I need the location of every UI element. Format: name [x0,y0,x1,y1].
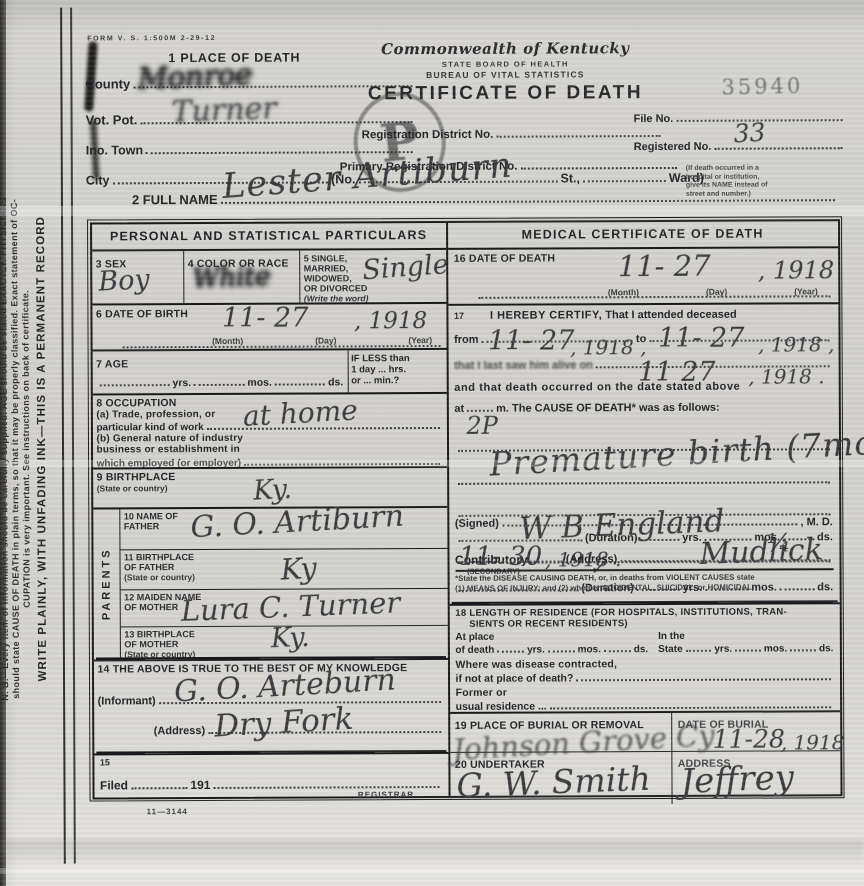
dotted-line [497,642,524,653]
ds-label: ds. [634,644,649,655]
in-state-units: State yrs. mos. ds. [658,641,833,655]
attended-from-year: , 1918 , [570,335,646,359]
burial-section: 19 PLACE OF BURIAL OR REMOVAL Johnson Gr… [450,710,840,752]
sex-entry: Boy [97,263,150,297]
county-label: County [85,76,130,91]
in-the-line: In the [658,630,833,642]
dotted-line [213,775,439,788]
race-entry: White [191,261,270,294]
age-units-line: yrs. mos. ds. [96,374,343,389]
dotted-line [576,669,830,681]
signed-address-row: (Address) [455,550,833,566]
file-no-label: File No. [634,113,674,125]
voting-precinct-label: Vot. Pot. [86,112,138,127]
dotted-line [496,125,660,137]
day-sublabel: (Day) [315,335,336,345]
filed-section: 15 Filed 191 REGISTRAR [94,751,448,806]
certificate-page: N. B.—Every item of information should b… [0,0,864,886]
informant-address-entry: Dry Fork [213,700,354,744]
personal-section-title: PERSONAL AND STATISTICAL PARTICULARS [92,222,446,251]
yrs-label: yrs. [172,377,191,389]
place-of-burial-cell: 19 PLACE OF BURIAL OR REMOVAL Johnson Gr… [450,712,673,751]
if-less-line: IF LESS than [351,352,443,363]
informant-section: 14 THE ABOVE IS TRUE TO THE BEST OF MY K… [93,657,447,753]
filed-section-number: 15 [100,755,442,766]
signed-print-lines: (Signed) , M. D. (Address) *State the DI… [455,514,833,593]
filed-label: Filed [100,778,128,792]
birthplace-entry: Ky. [252,473,292,506]
dotted-line [735,641,761,652]
margin-instructions: N. B.—Every item of information should b… [0,29,59,869]
parents-label-text: PARENTS [100,548,112,621]
death-hour-entry: 2P [466,411,498,439]
form-box-inner: PERSONAL AND STATISTICAL PARTICULARS 3 S… [90,219,843,799]
at-label: at [454,402,464,414]
bureau-line: BUREAU OF VITAL STATISTICS [355,69,655,80]
md-label: , M. D. [800,516,832,528]
yrs-label: yrs. [714,644,732,655]
residence-duration-row: At place of death yrs. mos. ds. In the [455,630,833,656]
attended-from-entry: 11- 27 [488,325,575,356]
undertaker-address-cell: ADDRESS Jeffrey [673,751,840,804]
disease-contracted-line2: if not at place of death? [455,669,833,685]
mos-label: mos. [764,643,787,654]
age-main-cell: 7 AGE yrs. mos. ds. [92,350,347,393]
mos-label: mos. [247,376,272,388]
state-board-line: STATE BOARD OF HEALTH [355,59,655,69]
certify-line: 17 I HEREBY CERTIFY, That I attended dec… [454,308,832,322]
at-place-block: At place of death yrs. mos. ds. [455,631,648,656]
certify-bold-text: I HEREBY CERTIFY, [490,309,602,321]
dotted-line [604,642,631,653]
death-certificate-scan: N. B.—Every item of information should b… [0,0,864,886]
race-cell: 4 COLOR OR RACE White [184,250,300,303]
sex-cell: 3 SEX Boy [92,251,184,303]
yrs-label: yrs. [527,645,545,656]
dotted-line [502,514,798,527]
registration-district-label: Registration District No. [362,128,494,141]
form-code-print: 11—3144 [147,807,188,816]
dotted-line [550,697,831,709]
sex-race-marital-row: 3 SEX Boy 4 COLOR OR RACE White 5 SINGLE… [92,249,446,303]
father-birthplace-row: 11 BIRTHPLACE OF FATHER (State or countr… [120,547,447,588]
signed-address-label: (Address) [566,553,617,565]
medical-section-title: MEDICAL CERTIFICATE OF DEATH [448,221,838,250]
from-label: from [454,334,479,346]
occupation-section: 8 OCCUPATION (a) Trade, profession, or p… [92,391,446,467]
cause-of-death-rest: was as follows: [639,401,720,413]
city-label: City [86,173,110,187]
if-less-cell: IF LESS than 1 day ... hrs. or ... min.? [347,349,446,391]
residence-title-line: 18 LENGTH OF RESIDENCE (FOR HOSPITALS, I… [455,606,833,619]
dotted-line [244,454,440,465]
certify-rest-text: That I attended deceased [605,308,736,321]
if-less-line: or ... min.? [351,374,443,385]
dod-year-entry: , 1918 [758,256,834,284]
former-residence-line2: usual residence ... [456,697,834,713]
personal-particulars-column: PERSONAL AND STATISTICAL PARTICULARS 3 S… [92,222,450,797]
dod-entry: 11- 27 [618,248,711,282]
footnote-line: (1) MEANS OF INJURY; and (2) whether ACC… [455,582,833,593]
usual-residence-label: usual residence ... [456,700,547,712]
father-name-row: 10 NAME OF FATHER G. O. Artiburn [120,507,447,548]
registered-no-entry: 33 [733,118,766,149]
year-sublabel: (Year) [408,334,432,344]
dotted-line [131,777,187,789]
m-label: m. [496,402,509,414]
commonwealth-title: Commonwealth of Kentucky [355,39,655,58]
residence-section: 18 LENGTH OF RESIDENCE (FOR HOSPITALS, I… [449,602,839,712]
marital-entry: Single [361,248,449,285]
cause-of-death-bold: The CAUSE OF DEATH* [512,402,636,415]
dob-label: 6 DATE OF BIRTH [96,308,188,320]
dotted-line [458,551,563,563]
margin-headline: WRITE PLAINLY, WITH UNFADING INK—THIS IS… [34,29,50,869]
if-less-line: 1 day ... hrs. [351,363,443,374]
year-sublabel: (Year) [794,286,818,296]
informant-address-label: (Address) [154,725,205,737]
street-label: St., [560,171,580,185]
medical-certificate-column: MEDICAL CERTIFICATE OF DEATH 16 DATE OF … [448,221,840,796]
date-of-birth-section: 6 DATE OF BIRTH 11- 27 , 1918 (Month) (D… [92,301,446,349]
inc-town-label: Ino. Town [86,143,143,157]
date-of-death-section: 16 DATE OF DEATH 11- 27 , 1918 (Month) (… [448,248,838,304]
registrar-label: REGISTRAR [358,790,414,799]
dotted-line [548,642,575,653]
parents-vertical-label: PARENTS [93,509,121,659]
dob-entry: 11- 27 [222,302,309,333]
at-place-units: of death yrs. mos. ds. [455,642,648,656]
registered-no-label: Registered No. [634,141,712,153]
county-entry: Monroe [137,57,253,95]
age-label: 7 AGE [96,358,128,370]
dotted-line [467,400,493,411]
date-of-burial-entry: 11-28 [713,724,785,753]
last-saw-entry: 11 27 [638,356,715,387]
month-sublabel: (Month) [608,287,639,297]
state-label: State [658,644,683,655]
ds-label: ds. [819,643,834,654]
residence-title-line2: SIENTS OR RECENT RESIDENTS) [469,617,833,630]
file-number-stamp: 35940 [721,74,803,100]
dotted-line [620,550,830,562]
occupation-entry: at home [242,393,359,432]
informant-label: (Informant) [98,695,156,707]
attended-to-entry: 11- 27 [658,322,745,353]
dotted-line [520,157,676,169]
father-bp-entry: Ky [279,550,317,586]
marital-cell: 5 SINGLE, MARRIED, WIDOWED, OR DIVORCED … [300,249,446,302]
attended-to-year: , 1918 , [758,332,834,356]
dotted-line [194,374,244,385]
last-saw-year: , 1918 . [748,364,824,388]
dotted-line [275,374,325,385]
mother-birthplace-row: 13 BIRTHPLACE OF MOTHER (State or countr… [120,624,447,658]
dod-label: 16 DATE OF DEATH [454,252,555,264]
last-saw-text: that I last saw him alive on [454,359,593,372]
dotted-line [790,641,816,652]
registration-district-row: Registration District No. [362,125,664,141]
full-name-label: 2 FULL NAME [132,192,218,207]
ds-label: ds. [328,376,343,388]
dotted-line [99,375,169,386]
mos-label: mos. [578,644,601,655]
filed-year-print: 191 [190,778,210,792]
disease-question-label: if not at place of death? [456,672,574,685]
of-death-label: of death [455,645,494,656]
mother-name-row: 12 MAIDEN NAME OF MOTHER Lura C. Turner [120,587,447,625]
signed-label: (Signed) [455,518,499,530]
age-section: 7 AGE yrs. mos. ds. IF LESS than 1 day .… [92,347,446,393]
in-state-block: In the State yrs. mos. ds. [658,630,833,655]
undertaker-address-entry: Jeffrey [680,757,795,801]
cause-lead-line: at m. The CAUSE OF DEATH* was as follows… [454,398,832,414]
mother-bp-entry: Ky. [270,621,310,653]
month-day-year-sublabels: (Month) (Day) (Year) [608,286,818,297]
month-sublabel: (Month) [212,335,243,345]
dob-year-entry: , 1918 [354,308,427,334]
parents-group: PARENTS 10 NAME OF FATHER G. O. Artiburn… [93,505,448,659]
cause-footnote: *State the DISEASE CAUSING DEATH, or, in… [455,568,833,593]
at-place-line: At place [455,631,648,643]
form-print-number: FORM V. S. 1:500M 2-29-12 [87,35,216,43]
undertaker-entry: G. W. Smith [455,758,651,805]
parents-rows: 10 NAME OF FATHER G. O. Artiburn 11 BIRT… [120,507,448,658]
occupation-a-label: particular kind of work [96,422,203,433]
signed-row: (Signed) , M. D. [455,514,833,530]
certificate-header: FORM V. S. 1:500M 2-29-12 1 PLACE OF DEA… [73,26,856,221]
certify-section-number: 17 [454,310,464,320]
form-box: PERSONAL AND STATISTICAL PARTICULARS 3 S… [87,216,845,801]
margin-note-line: CUPATION is very important. See instruct… [19,29,34,869]
dotted-line [686,641,712,652]
voting-precinct-entry: Turner [171,91,277,130]
month-day-year-sublabels: (Month) (Day) (Year) [212,334,432,345]
day-sublabel: (Day) [706,286,727,296]
